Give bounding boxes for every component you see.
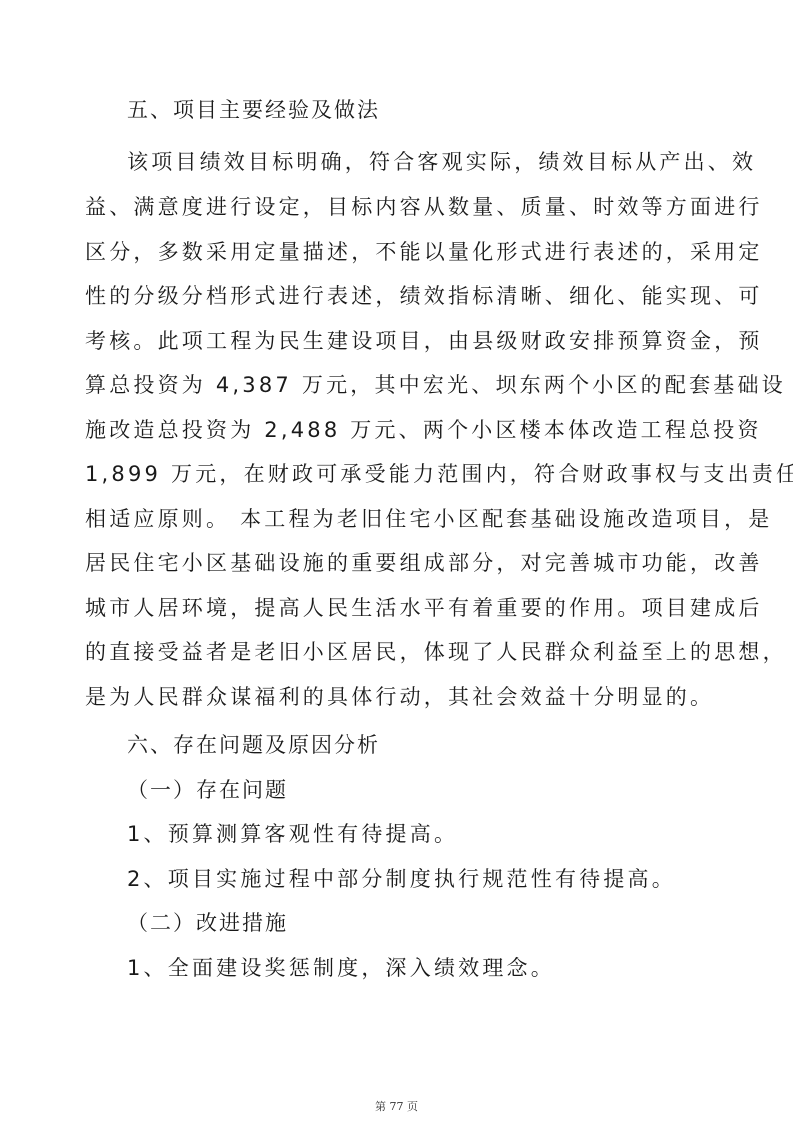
paragraph-line: 考核。此项工程为民生建设项目，由县级财政安排预算资金，预 [85,327,713,355]
subsection-heading-problems: （一）存在问题 [127,776,713,804]
section-heading-5: 五、项目主要经验及做法 [127,96,713,124]
paragraph-line: 是为人民群众谋福利的具体行动，其社会效益十分明显的。 [85,683,713,711]
paragraph-line: 算总投资为 4,387 万元，其中宏光、坝东两个小区的配套基础设 [85,371,713,399]
paragraph-line: 相适应原则。 本工程为老旧住宅小区配套基础设施改造项目，是 [85,505,713,533]
problem-item-1: 1、预算测算客观性有待提高。 [127,820,713,848]
problem-item-2: 2、项目实施过程中部分制度执行规范性有待提高。 [127,865,713,893]
paragraph-line: 性的分级分档形式进行表述，绩效指标清晰、细化、能实现、可 [85,282,713,310]
paragraph-line: 1,899 万元，在财政可承受能力范围内，符合财政事权与支出责任 [85,460,713,488]
paragraph-line: 居民住宅小区基础设施的重要组成部分，对完善城市功能，改善 [85,549,713,577]
paragraph-line: 该项目绩效目标明确，符合客观实际，绩效目标从产出、效 [127,148,713,176]
paragraph-line: 施改造总投资为 2,488 万元、两个小区楼本体改造工程总投资 [85,416,713,444]
paragraph-line: 益、满意度进行设定，目标内容从数量、质量、时效等方面进行 [85,193,713,221]
paragraph-line: 的直接受益者是老旧小区居民，体现了人民群众利益至上的思想， [85,638,713,666]
paragraph-line: 区分，多数采用定量描述，不能以量化形式进行表述的，采用定 [85,238,713,266]
measure-item-1: 1、全面建设奖惩制度，深入绩效理念。 [127,954,713,982]
page-number: 第 77 页 [0,1098,793,1114]
section-heading-6: 六、存在问题及原因分析 [127,731,713,759]
paragraph-line: 城市人居环境，提高人民生活水平有着重要的作用。项目建成后 [85,594,713,622]
subsection-heading-measures: （二）改进措施 [127,909,713,937]
